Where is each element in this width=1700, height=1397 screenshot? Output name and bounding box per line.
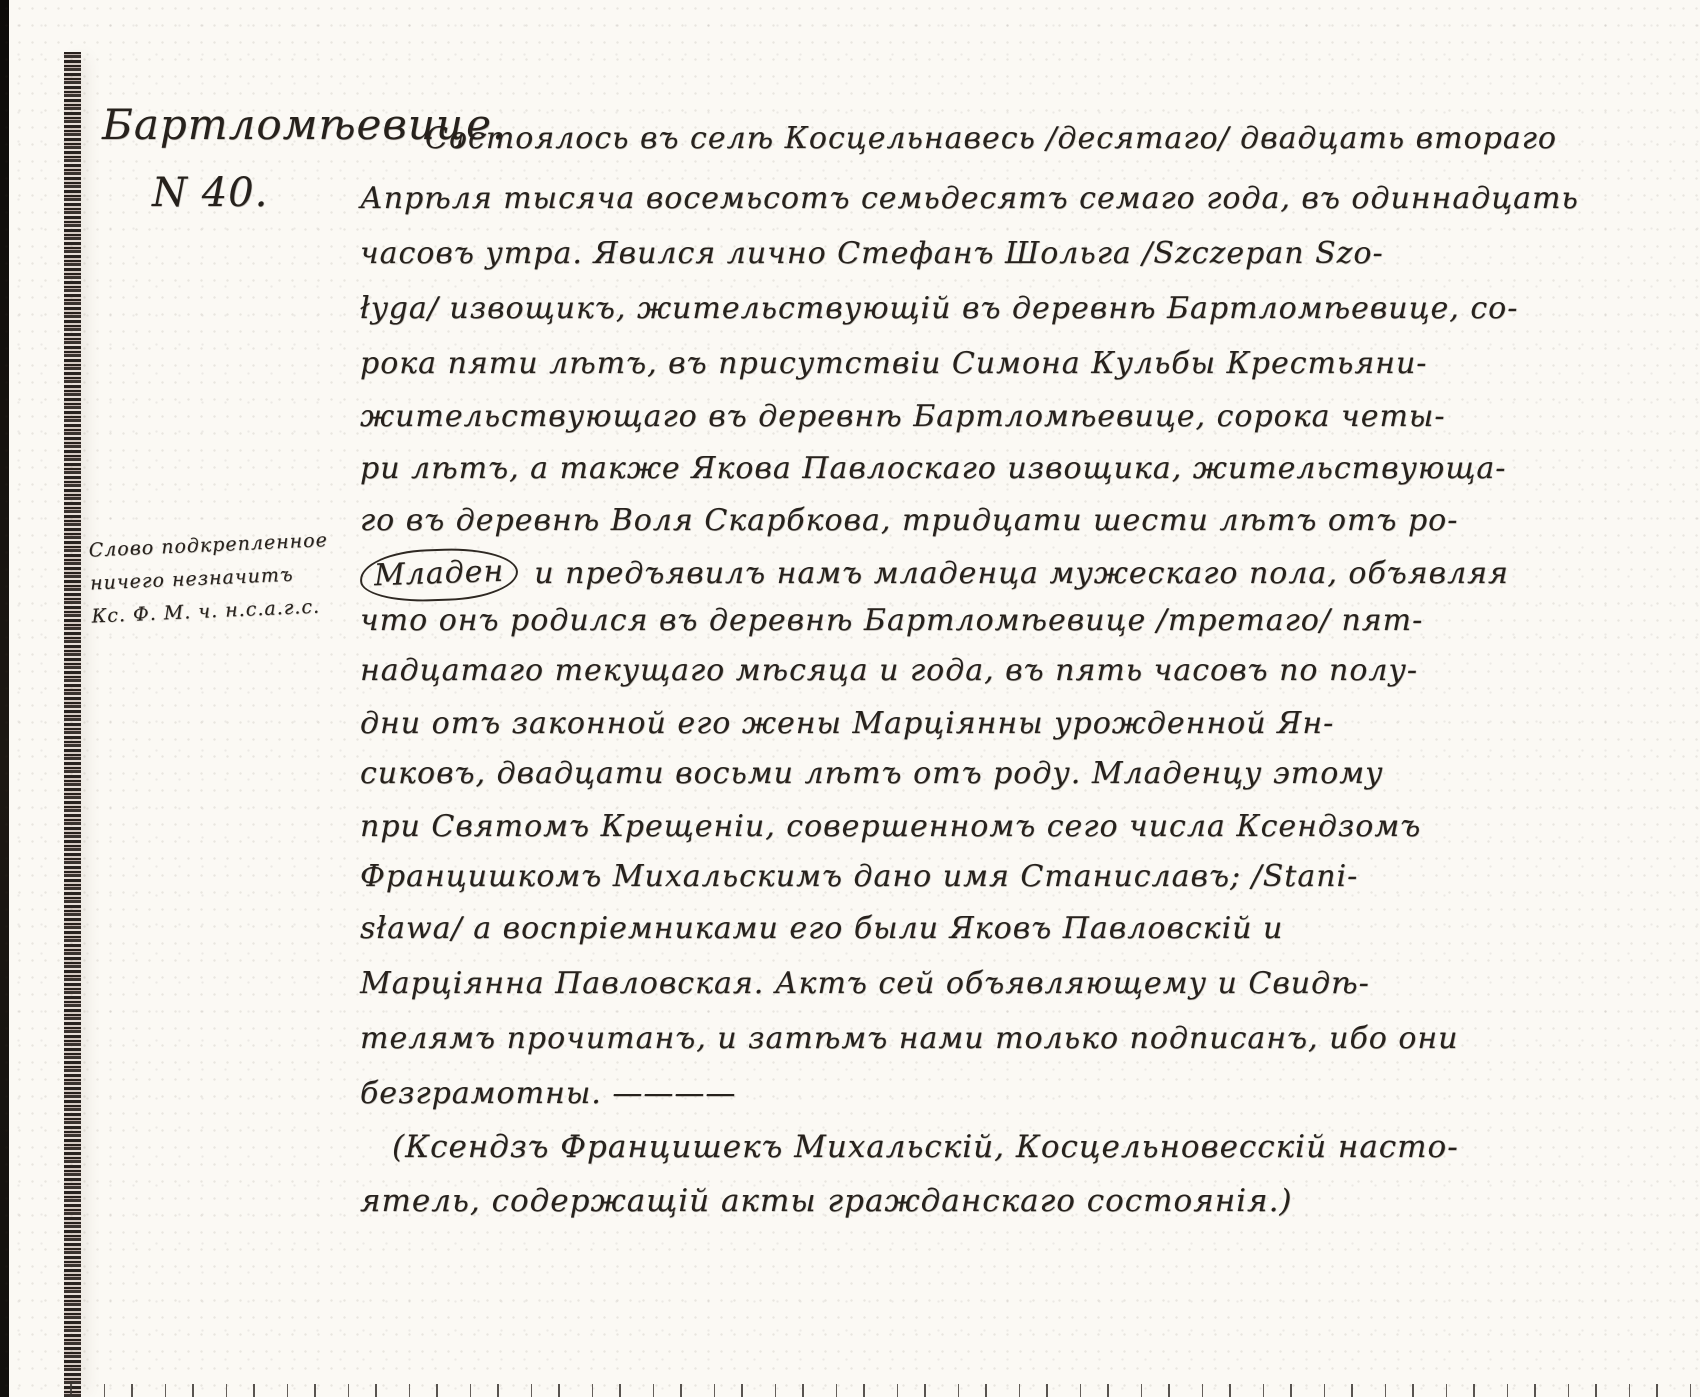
body-line: Апрѣля тысяча восемьсотъ семьдесятъ сема… bbox=[360, 176, 1579, 222]
body-line: и предъявилъ намъ младенца мужескаго пол… bbox=[534, 556, 1509, 591]
priest-signature-line: (Ксендзъ Францишекъ Михальскій, Косцельн… bbox=[392, 1124, 1459, 1170]
body-line: жительствующаго въ деревнѣ Бартломѣевице… bbox=[360, 394, 1445, 440]
body-line: дни отъ законной его жены Марціянны урож… bbox=[360, 701, 1334, 747]
body-line: часовъ утра. Явился лично Стефанъ Шольга… bbox=[360, 231, 1384, 277]
body-line-with-correction: Младени предъявилъ намъ младенца мужеска… bbox=[360, 549, 1509, 601]
body-line: Состоялось въ селѣ Косцельнавесь /десята… bbox=[425, 116, 1557, 162]
act-number: N 40. bbox=[152, 170, 268, 216]
body-line: Марціянна Павловская. Актъ сей объявляющ… bbox=[360, 961, 1370, 1007]
margin-annotation: Слово подкрепленное ничего незначитъ Кс.… bbox=[88, 522, 392, 634]
body-line: sława/ а воспріемниками его были Яковъ П… bbox=[360, 906, 1283, 952]
body-line: телямъ прочитанъ, и затѣмъ нами только п… bbox=[360, 1016, 1459, 1062]
body-line: надцатаго текущаго мѣсяца и года, въ пят… bbox=[360, 648, 1418, 694]
scanned-record-page: Бартломѣевице. N 40. Слово подкрепленное… bbox=[0, 0, 1700, 1397]
body-line: сиковъ, двадцати восьми лѣтъ отъ роду. М… bbox=[360, 751, 1384, 797]
page-edge-perforations bbox=[70, 1384, 1700, 1397]
body-line: го въ деревнѣ Воля Скарбкова, тридцати ш… bbox=[360, 498, 1458, 544]
body-line: łyga/ извощикъ, жительствующій въ деревн… bbox=[360, 286, 1518, 332]
body-line: безграмотны. ———— bbox=[360, 1071, 736, 1117]
priest-signature-line: ятель, содержащій акты гражданскаго сост… bbox=[360, 1178, 1293, 1224]
body-line: рока пяти лѣтъ, въ присутствіи Симона Ку… bbox=[360, 341, 1427, 387]
body-line: Францишкомъ Михальскимъ дано имя Станисл… bbox=[360, 854, 1358, 900]
scanner-edge-bar bbox=[0, 0, 9, 1397]
body-line: ри лѣтъ, а также Якова Павлоскаго извощи… bbox=[360, 446, 1506, 492]
body-line: при Святомъ Крещеніи, совершенномъ сего … bbox=[360, 804, 1421, 850]
body-line: что онъ родился въ деревнѣ Бартломѣевице… bbox=[360, 598, 1423, 644]
book-binding-edge bbox=[64, 52, 81, 1397]
circled-crossed-out-word: Младен bbox=[359, 546, 519, 603]
